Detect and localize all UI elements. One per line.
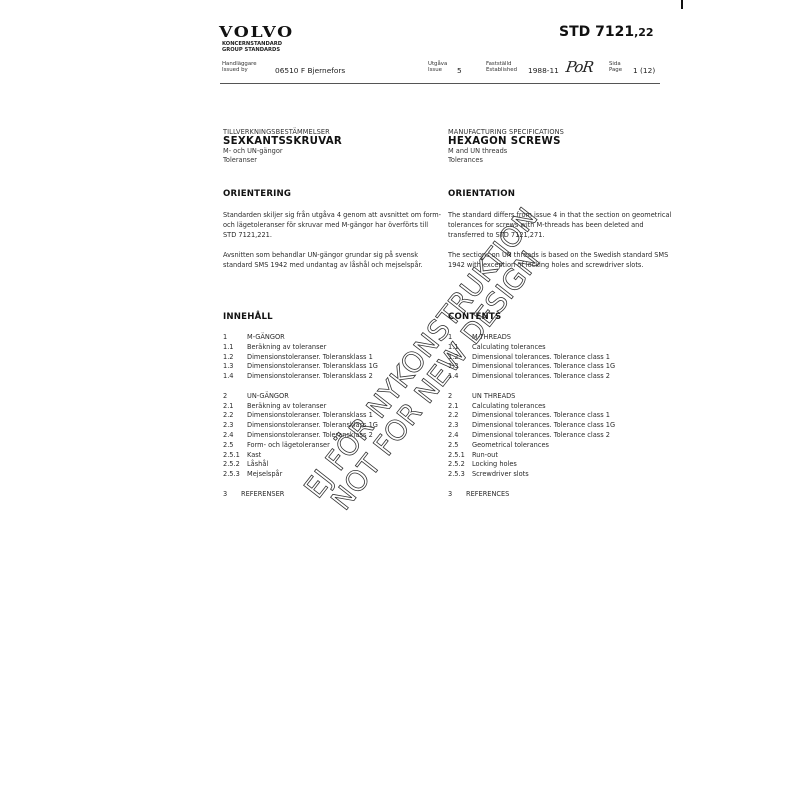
toc-label: Dimensionstoleranser. Toleransklass 1 <box>247 411 373 419</box>
toc-number: 1.4 <box>448 372 472 382</box>
toc-label: Dimensionstoleranser. Toleransklass 1G <box>247 362 378 370</box>
established-label: FastställdEstablished <box>486 61 517 73</box>
toc-number: 1.3 <box>448 362 472 372</box>
toc-number: 2.5 <box>448 441 472 451</box>
toc-number: 2 <box>448 392 472 402</box>
toc-number: 2.5.1 <box>223 451 247 461</box>
toc-entry: 1.4Dimensional tolerances. Tolerance cla… <box>448 372 615 382</box>
toc-label: Dimensionstoleranser. Toleransklass 2 <box>247 372 373 380</box>
toc-entry: 2.5.1Run-out <box>448 451 615 461</box>
header-rule <box>220 83 660 84</box>
toc-entry: 1M-GÄNGOR <box>223 333 378 343</box>
toc-entry: 2.5.3Screwdriver slots <box>448 470 615 480</box>
toc-label: M-THREADS <box>472 333 511 341</box>
toc-entry: 2.5Geometrical tolerances <box>448 441 615 451</box>
toc-spacer <box>448 480 615 490</box>
contents-heading: CONTENTS <box>448 312 501 322</box>
contents-heading: INNEHÅLL <box>223 312 273 322</box>
toc-entry: 2.5.2Låshål <box>223 460 378 470</box>
toc-label: Beräkning av toleranser <box>247 343 326 351</box>
toc-label: Dimensionstoleranser. Toleransklass 1 <box>247 353 373 361</box>
toc-number: 3 <box>448 490 466 500</box>
document-title: HEXAGON SCREWS <box>448 136 673 147</box>
organization-label: KONCERNSTANDARD GROUP STANDARDS <box>222 41 282 54</box>
swedish-title-block: TILLVERKNINGSBESTÄMMELSER SEXKANTSSKRUVA… <box>223 128 448 165</box>
toc-entry: 2UN-GÄNGOR <box>223 392 378 402</box>
orientation-heading: ORIENTERING <box>223 189 291 199</box>
issued-by-value: 06510 F Bjernefors <box>275 66 345 75</box>
toc-entry: 2.2Dimensional tolerances. Tolerance cla… <box>448 411 615 421</box>
toc-entry-references: 3REFERENCES <box>448 490 615 500</box>
table-of-contents: 1M-THREADS1.1Calculating tolerances1.2Di… <box>448 333 615 500</box>
toc-entry: 2.5.3Mejselspår <box>223 470 378 480</box>
scan-edge-mark <box>681 0 683 9</box>
toc-entry: 2.4Dimensional tolerances. Tolerance cla… <box>448 431 615 441</box>
toc-label: Form- och lägetoleranser <box>247 441 330 449</box>
toc-entry: 2.4Dimensionstoleranser. Toleransklass 2 <box>223 431 378 441</box>
toc-entry: 2.5.1Kast <box>223 451 378 461</box>
issue-label: UtgåvaIssue <box>428 61 447 73</box>
toc-number: 1.3 <box>223 362 247 372</box>
toc-label: Kast <box>247 451 261 459</box>
toc-number: 2.5.2 <box>223 460 247 470</box>
toc-number: 2.5.1 <box>448 451 472 461</box>
toc-entry: 1.1Calculating tolerances <box>448 343 615 353</box>
toc-number: 1.2 <box>448 353 472 363</box>
toc-label: Screwdriver slots <box>472 470 529 478</box>
toc-entry: 1.2Dimensionstoleranser. Toleransklass 1 <box>223 353 378 363</box>
orientation-paragraph: Standarden skiljer sig från utgåva 4 gen… <box>223 211 443 240</box>
toc-label: UN-GÄNGOR <box>247 392 289 400</box>
issued-by-label: HandläggareIssued by <box>222 61 257 73</box>
toc-entry: 2.3Dimensionstoleranser. Toleransklass 1… <box>223 421 378 431</box>
toc-number: 1 <box>223 333 247 343</box>
toc-number: 1.1 <box>448 343 472 353</box>
toc-number: 1.2 <box>223 353 247 363</box>
established-value: 1988-11 <box>528 66 559 75</box>
toc-spacer <box>223 480 378 490</box>
english-title-block: MANUFACTURING SPECIFICATIONS HEXAGON SCR… <box>448 128 673 165</box>
orientation-paragraph: Avsnitten som behandlar UN-gängor grunda… <box>223 251 443 271</box>
subtitle: M- och UN-gängor <box>223 147 448 156</box>
toc-entry: 2.5.2Locking holes <box>448 460 615 470</box>
toc-label: Dimensionstoleranser. Toleransklass 1G <box>247 421 378 429</box>
toc-entry-references: 3REFERENSER <box>223 490 378 500</box>
toc-number: 1 <box>448 333 472 343</box>
toc-number: 2.3 <box>223 421 247 431</box>
subtitle: Tolerances <box>448 156 673 165</box>
toc-entry: 1.2Dimensional tolerances. Tolerance cla… <box>448 353 615 363</box>
orientation-paragraph: The standard differs from issue 4 in tha… <box>448 211 673 240</box>
page-value: 1 (12) <box>633 66 655 75</box>
toc-spacer <box>223 382 378 392</box>
issue-value: 5 <box>457 66 462 75</box>
orientation-heading: ORIENTATION <box>448 189 515 199</box>
document-page: VOLVO KONCERNSTANDARD GROUP STANDARDS ST… <box>0 0 800 800</box>
toc-number: 2.5.3 <box>223 470 247 480</box>
toc-number: 2.1 <box>223 402 247 412</box>
toc-entry: 1.3Dimensionstoleranser. Toleransklass 1… <box>223 362 378 372</box>
subtitle: M and UN threads <box>448 147 673 156</box>
toc-entry: 2.1Calculating tolerances <box>448 402 615 412</box>
signature: PoR <box>565 58 594 76</box>
table-of-contents: 1M-GÄNGOR1.1Beräkning av toleranser1.2Di… <box>223 333 378 500</box>
toc-label: Dimensional tolerances. Tolerance class … <box>472 353 610 361</box>
orientation-paragraph: The sections on UN threads is based on t… <box>448 251 673 271</box>
toc-label: Calculating tolerances <box>472 402 546 410</box>
toc-entry: 1.3Dimensional tolerances. Tolerance cla… <box>448 362 615 372</box>
page-label: SidaPage <box>609 61 622 73</box>
toc-label: Geometrical tolerances <box>472 441 549 449</box>
toc-label: Dimensional tolerances. Tolerance class … <box>472 362 615 370</box>
toc-entry: 2UN THREADS <box>448 392 615 402</box>
toc-label: REFERENSER <box>241 490 284 498</box>
toc-entry: 1.4Dimensionstoleranser. Toleransklass 2 <box>223 372 378 382</box>
toc-number: 1.1 <box>223 343 247 353</box>
toc-entry: 2.3Dimensional tolerances. Tolerance cla… <box>448 421 615 431</box>
toc-label: Beräkning av toleranser <box>247 402 326 410</box>
toc-number: 2.5.3 <box>448 470 472 480</box>
toc-label: Dimensional tolerances. Tolerance class … <box>472 411 610 419</box>
toc-label: Run-out <box>472 451 498 459</box>
toc-number: 2.3 <box>448 421 472 431</box>
toc-number: 2.5.2 <box>448 460 472 470</box>
toc-spacer <box>448 382 615 392</box>
toc-label: M-GÄNGOR <box>247 333 285 341</box>
volvo-logo: VOLVO <box>219 23 294 41</box>
toc-label: Locking holes <box>472 460 517 468</box>
toc-label: Låshål <box>247 460 268 468</box>
toc-label: Dimensionstoleranser. Toleransklass 2 <box>247 431 373 439</box>
document-title: SEXKANTSSKRUVAR <box>223 136 448 147</box>
toc-label: Dimensional tolerances. Tolerance class … <box>472 372 610 380</box>
toc-number: 1.4 <box>223 372 247 382</box>
toc-label: Dimensional tolerances. Tolerance class … <box>472 431 610 439</box>
toc-entry: 2.5Form- och lägetoleranser <box>223 441 378 451</box>
toc-entry: 1M-THREADS <box>448 333 615 343</box>
kicker: TILLVERKNINGSBESTÄMMELSER <box>223 128 448 136</box>
not-for-new-design-watermark: EJ FÖR NYKONSTRUKTION NOT FOR NEW DESIGN <box>0 0 800 800</box>
toc-label: Dimensional tolerances. Tolerance class … <box>472 421 615 429</box>
toc-label: UN THREADS <box>472 392 515 400</box>
toc-number: 2 <box>223 392 247 402</box>
toc-number: 2.1 <box>448 402 472 412</box>
toc-number: 2.5 <box>223 441 247 451</box>
toc-number: 2.4 <box>448 431 472 441</box>
toc-entry: 2.2Dimensionstoleranser. Toleransklass 1 <box>223 411 378 421</box>
toc-entry: 2.1Beräkning av toleranser <box>223 402 378 412</box>
toc-number: 2.4 <box>223 431 247 441</box>
subtitle: Toleranser <box>223 156 448 165</box>
toc-label: Calculating tolerances <box>472 343 546 351</box>
kicker: MANUFACTURING SPECIFICATIONS <box>448 128 673 136</box>
toc-number: 2.2 <box>223 411 247 421</box>
toc-number: 2.2 <box>448 411 472 421</box>
toc-number: 3 <box>223 490 241 500</box>
standard-number: STD 7121,22 <box>559 24 654 40</box>
toc-entry: 1.1Beräkning av toleranser <box>223 343 378 353</box>
toc-label: REFERENCES <box>466 490 509 498</box>
toc-label: Mejselspår <box>247 470 282 478</box>
